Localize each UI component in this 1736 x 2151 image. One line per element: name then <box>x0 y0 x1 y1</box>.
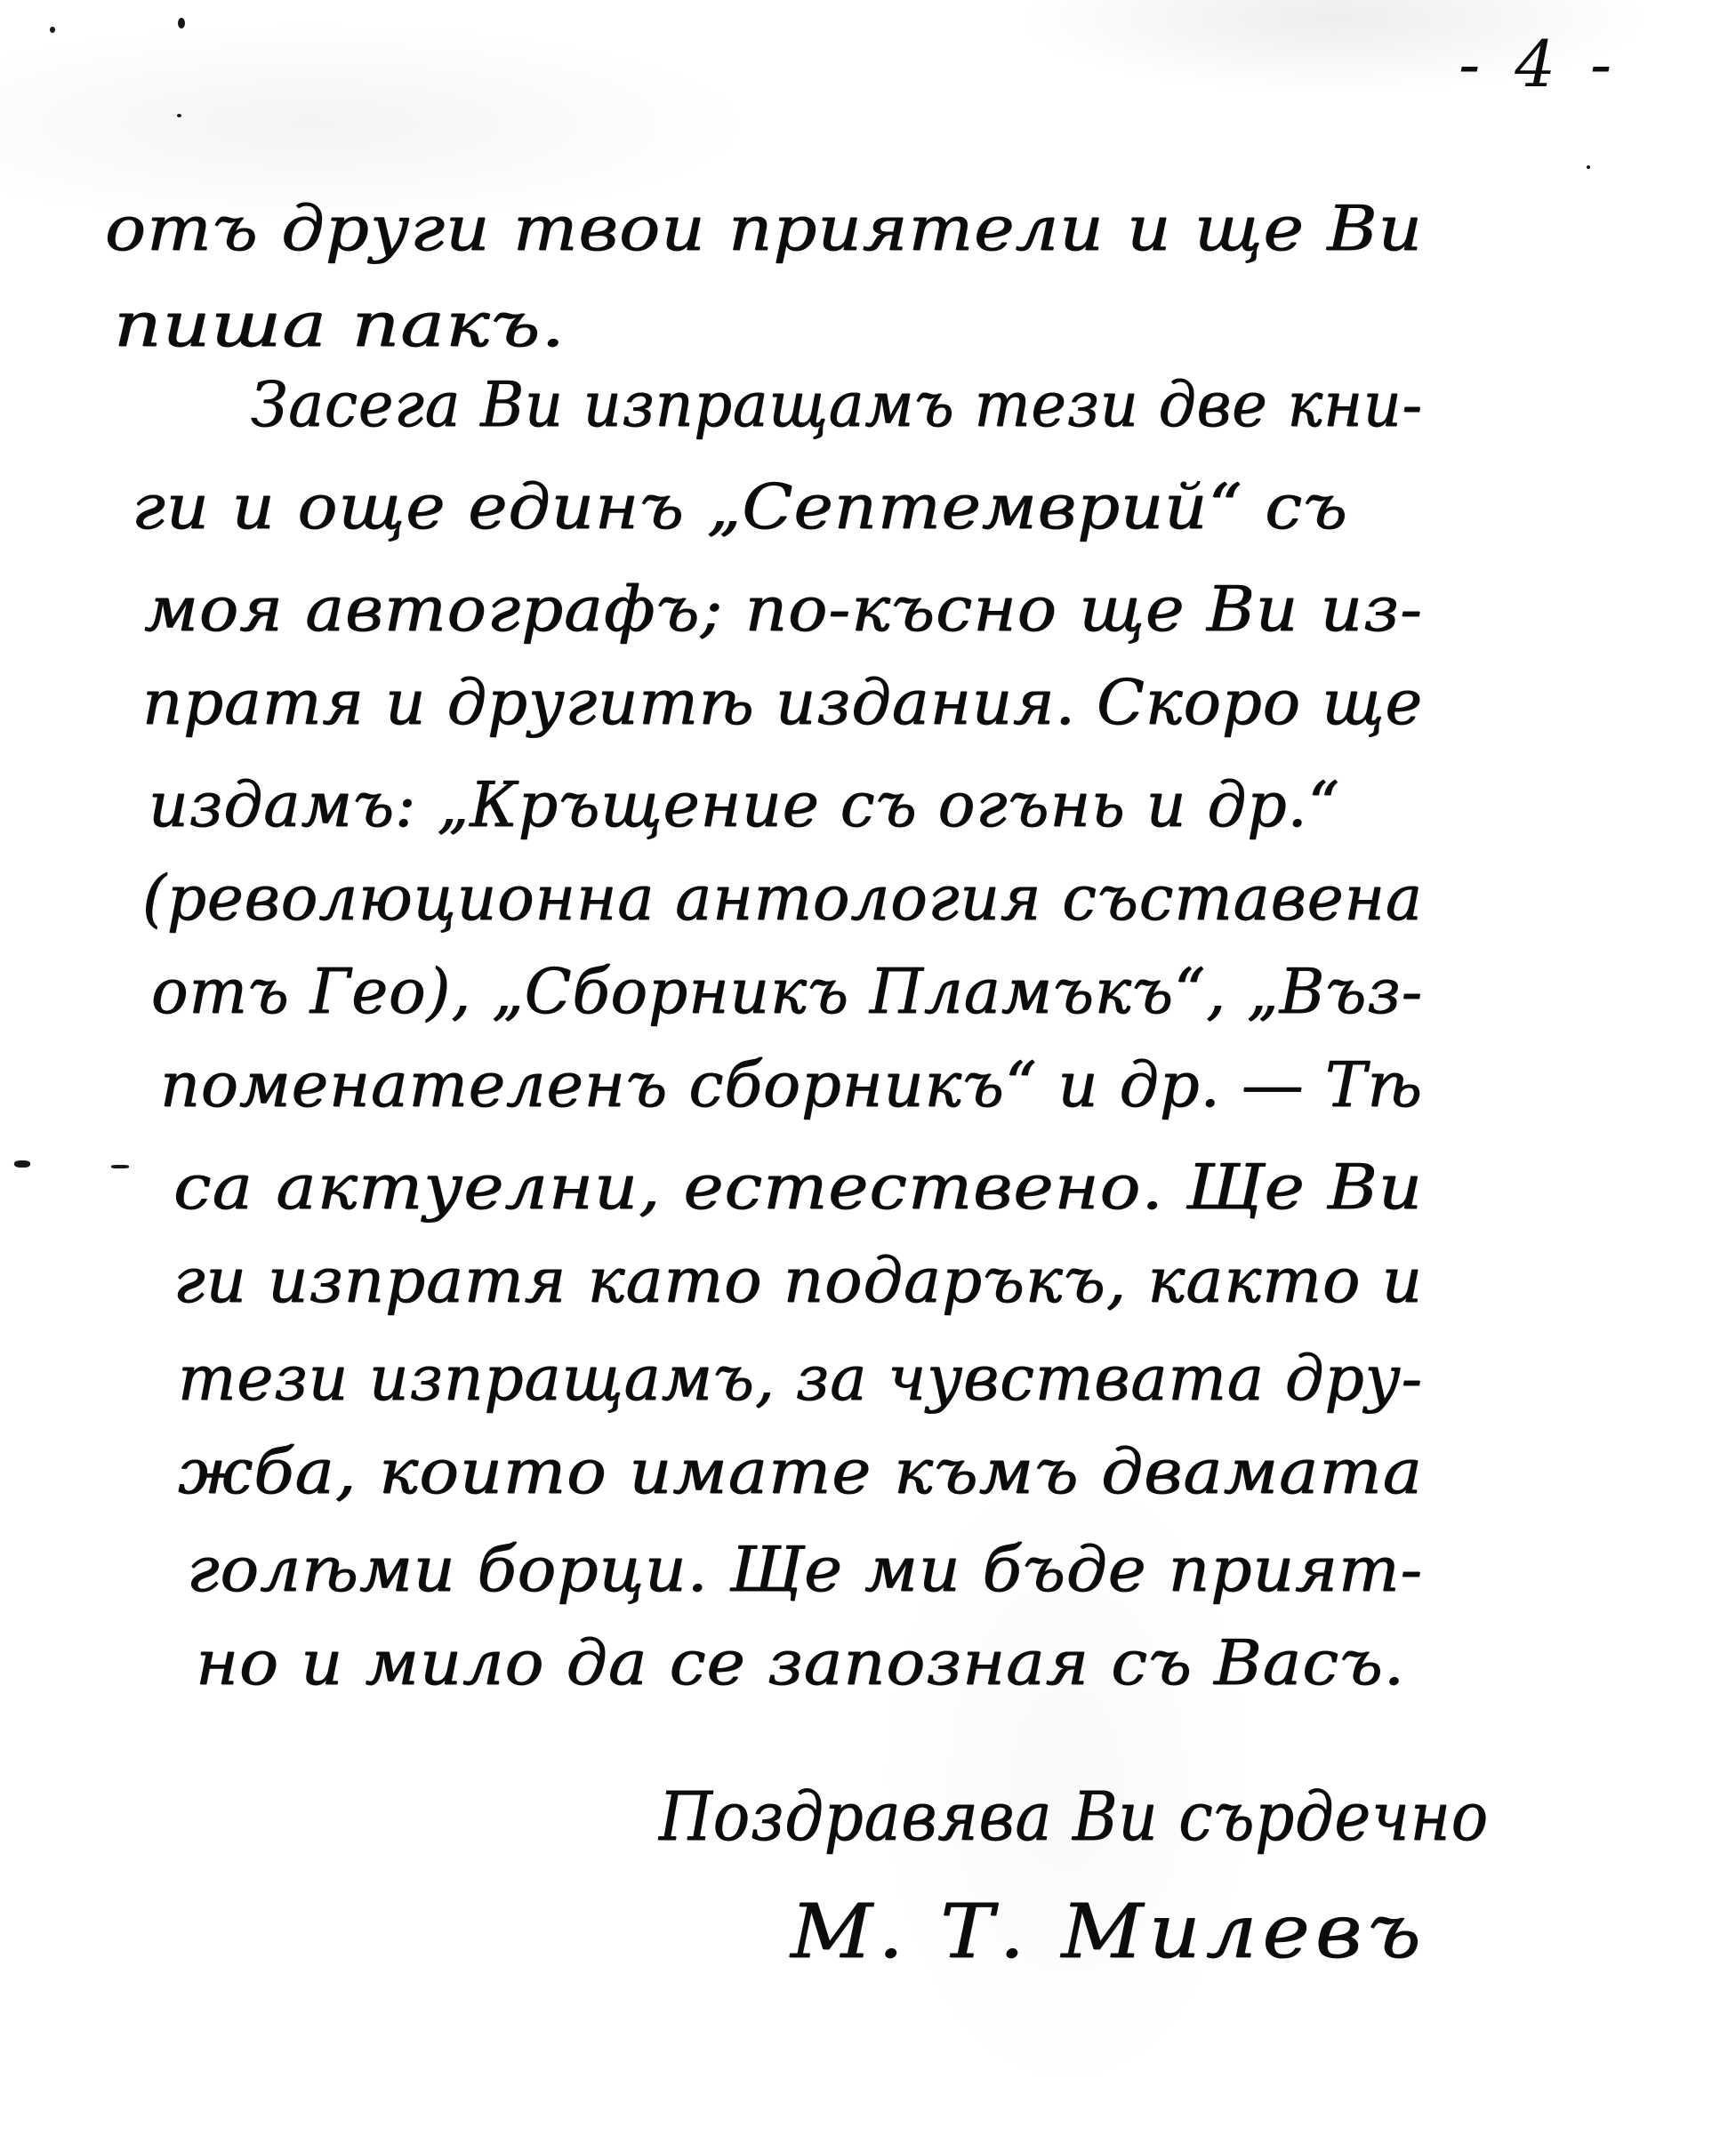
ink-speck <box>178 18 185 28</box>
letter-line: са актуелни, естествено. Ще Ви <box>173 1156 1423 1218</box>
letter-line: тези изпращамъ, за чувствата дру- <box>178 1347 1423 1409</box>
letter-line: но и мило да се запозная съ Васъ. <box>196 1632 1405 1694</box>
letter-line: (революционна антология съставена <box>142 867 1423 929</box>
ink-speck <box>14 1160 30 1168</box>
page-number: - 4 - <box>1459 27 1619 101</box>
letter-line: ги и още единъ „Септемврий“ съ <box>132 476 1348 538</box>
letter-line: поменателенъ сборникъ“ и др. — Тѣ <box>160 1054 1423 1116</box>
letter-line: Засега Ви изпращамъ тези две кни- <box>251 373 1423 436</box>
letter-line: издамъ: „Кръщение съ огънь и др.“ <box>149 774 1340 836</box>
letter-line: отъ други твои приятели и ще Ви <box>105 197 1423 260</box>
letter-line: жба, които имате къмъ двамата <box>178 1441 1423 1503</box>
ink-speck <box>111 1165 129 1168</box>
letter-line: отъ Гео), „Сборникъ Пламъкъ“, „Въз- <box>151 960 1423 1023</box>
letter-line: моя автографъ; по-късно ще Ви из- <box>144 578 1423 640</box>
ink-speck <box>50 27 55 33</box>
letter-line: ги изпратя като подаръкъ, както и <box>173 1249 1423 1312</box>
letter-line: пиша пакъ. <box>114 293 566 356</box>
signature: М. Т. Милевъ <box>791 1894 1427 1969</box>
letter-line: пратя и другитѣ издания. Скоро ще <box>142 671 1423 734</box>
letter-page: - 4 - отъ други твои приятели и ще Ви пи… <box>0 0 1736 2151</box>
letter-line: голѣми борци. Ще ми бъде прият- <box>187 1538 1423 1601</box>
closing-line: Поздравява Ви сърдечно <box>659 1783 1489 1850</box>
ink-speck <box>1587 165 1590 169</box>
ink-speck <box>177 114 181 117</box>
